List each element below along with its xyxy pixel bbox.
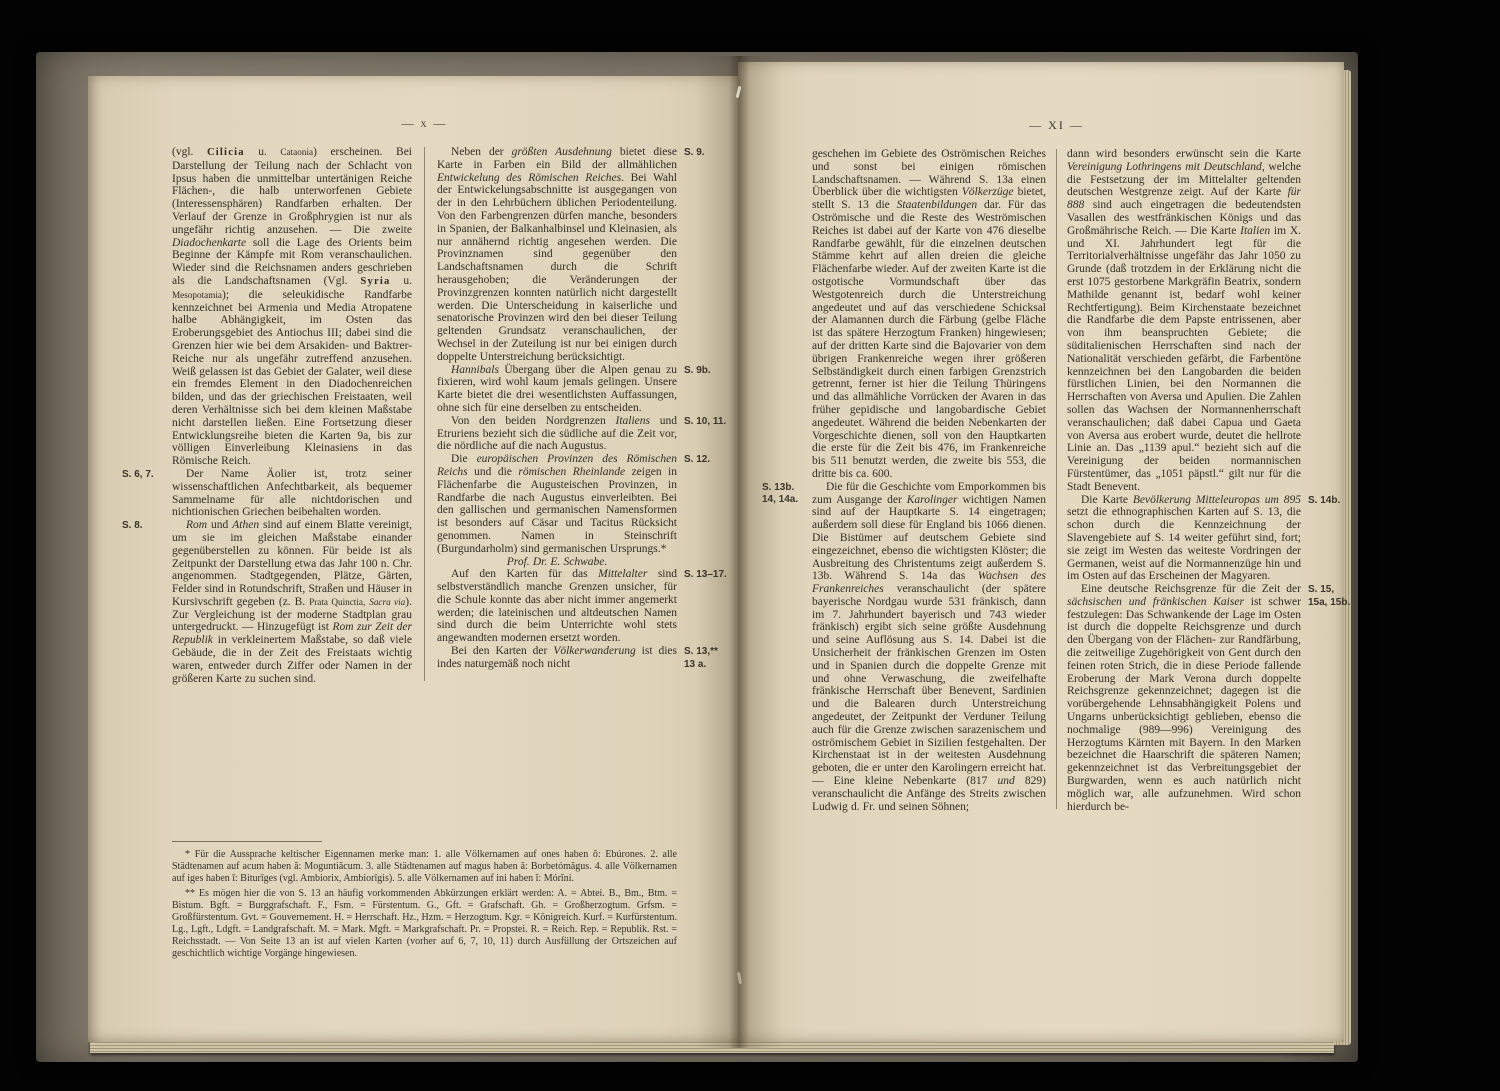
footnote: * Für die Aussprache keltischer Eigennam… xyxy=(172,849,677,885)
footnote-separator-rule xyxy=(172,841,322,842)
margin-note: S. 8. xyxy=(122,520,168,533)
paragraph: dann wird besonders erwünscht sein die K… xyxy=(1067,148,1301,494)
left-page: — x — (vgl. Cilicia u. Cataonia) erschei… xyxy=(88,76,738,1042)
footnote: ** Es mögen hier die von S. 13 an häufig… xyxy=(172,888,677,960)
paragraph-text: Auf den Karten für das Mittelalter sind … xyxy=(437,568,677,645)
paragraph-text: Hannibals Übergang über die Alpen genau … xyxy=(437,364,677,415)
paragraph-text: geschehen im Gebiete des Oströmischen Re… xyxy=(812,148,1046,481)
paragraph: Prof. Dr. E. Schwabe. xyxy=(437,556,677,569)
column-divider-rule xyxy=(424,147,425,681)
footnotes-block: * Für die Aussprache keltischer Eigennam… xyxy=(172,841,677,963)
signature-line: Prof. Dr. E. Schwabe. xyxy=(437,556,677,569)
paragraph: S. 14b. Die Karte Bevölkerung Mitteleuro… xyxy=(1067,494,1301,584)
paragraph: S. 15, 15a, 15b. Eine deutsche Reichsgre… xyxy=(1067,583,1301,813)
margin-note: S. 15, 15a, 15b. xyxy=(1308,584,1356,609)
margin-note: S. 10, 11. xyxy=(684,416,732,429)
scanned-book-spread: — x — (vgl. Cilicia u. Cataonia) erschei… xyxy=(0,0,1500,1091)
paragraph-text: Die Karte Bevölkerung Mitteleuropas um 8… xyxy=(1067,494,1301,584)
paragraph: S. 8. Rom und Athen sind auf einem Blatt… xyxy=(172,519,412,685)
paragraph: S. 12. Die europäischen Provinzen des Rö… xyxy=(437,453,677,555)
margin-note: S. 13,** 13 a. xyxy=(684,646,732,671)
left-page-column-1: (vgl. Cilicia u. Cataonia) erscheinen. B… xyxy=(172,146,412,685)
right-page: — XI — geschehen im Gebiete des Oströmis… xyxy=(738,62,1344,1042)
paragraph: S. 6, 7. Der Name Äolier ist, trotz sein… xyxy=(172,468,412,519)
margin-note: S. 12. xyxy=(684,454,732,467)
paragraph-text: Eine deutsche Reichsgrenze für die Zeit … xyxy=(1067,583,1301,813)
paragraph: S. 10, 11. Von den beiden Nordgrenzen It… xyxy=(437,415,677,453)
paragraph: S. 13,** 13 a. Bei den Karten der Völker… xyxy=(437,645,677,671)
paragraph-text: Bei den Karten der Völkerwanderung ist d… xyxy=(437,645,677,671)
paragraph: S. 13–17. Auf den Karten für das Mittela… xyxy=(437,568,677,645)
paragraph: (vgl. Cilicia u. Cataonia) erscheinen. B… xyxy=(172,146,412,468)
page-number-header-left: — x — xyxy=(172,116,677,131)
paragraph-text: Von den beiden Nordgrenzen Italiens und … xyxy=(437,415,677,453)
paragraph-text: Neben der größten Ausdehnung bietet dies… xyxy=(437,146,677,364)
margin-note: S. 9. xyxy=(684,147,732,160)
margin-note: S. 13b. 14, 14a. xyxy=(762,482,808,507)
margin-note: S. 13–17. xyxy=(684,569,732,582)
right-page-column-2: dann wird besonders erwünscht sein die K… xyxy=(1067,148,1301,813)
page-number-header-right: — XI — xyxy=(812,118,1301,133)
paragraph: S. 9. Neben der größten Ausdehnung biete… xyxy=(437,146,677,364)
paragraph-text: dann wird besonders erwünscht sein die K… xyxy=(1067,148,1301,494)
paragraph-text: Der Name Äolier ist, trotz seiner wissen… xyxy=(172,468,412,519)
paragraph: S. 9b. Hannibals Übergang über die Alpen… xyxy=(437,364,677,415)
left-page-column-2: S. 9. Neben der größten Ausdehnung biete… xyxy=(437,146,677,685)
paragraph-text: Die für die Geschichte vom Emporkommen b… xyxy=(812,481,1046,814)
paragraph: geschehen im Gebiete des Oströmischen Re… xyxy=(812,148,1046,481)
margin-note: S. 9b. xyxy=(684,365,732,378)
paragraph-text: (vgl. Cilicia u. Cataonia) erscheinen. B… xyxy=(172,146,412,468)
right-page-columns: geschehen im Gebiete des Oströmischen Re… xyxy=(812,148,1301,813)
margin-note: S. 6, 7. xyxy=(122,469,168,482)
margin-note: S. 14b. xyxy=(1308,495,1356,508)
paragraph: S. 13b. 14, 14a. Die für die Geschichte … xyxy=(812,481,1046,814)
left-page-columns: (vgl. Cilicia u. Cataonia) erscheinen. B… xyxy=(172,146,677,685)
paragraph-text: Rom und Athen sind auf einem Blatte vere… xyxy=(172,519,412,685)
right-page-column-1: geschehen im Gebiete des Oströmischen Re… xyxy=(812,148,1046,813)
column-divider-rule xyxy=(1056,149,1057,809)
paragraph-text: Die europäischen Provinzen des Römischen… xyxy=(437,453,677,555)
